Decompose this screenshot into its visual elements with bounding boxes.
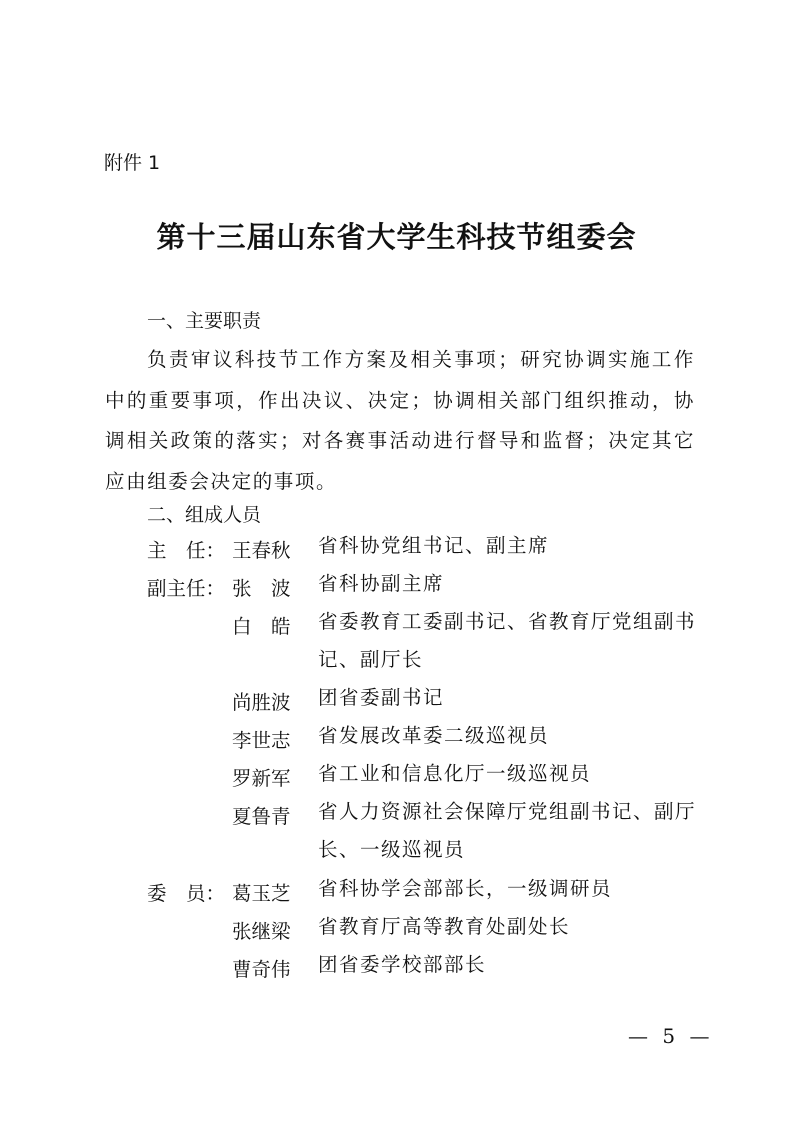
member-name: 张继梁 — [232, 916, 302, 944]
member-title: 省委教育工委副书记、省教育厅党组副书记、副厅长 — [318, 603, 698, 679]
member-name: 白 皓 — [232, 611, 302, 639]
member-row: 副主任： 张 波 省科协副主席 — [0, 573, 793, 603]
member-row: 尚胜波 团省委副书记 — [0, 687, 793, 717]
member-role: 主 任： — [147, 535, 237, 563]
member-title: 团省委学校部部长 — [318, 946, 698, 984]
member-title: 省工业和信息化厅一级巡视员 — [318, 755, 698, 793]
member-title: 省科协学会部部长，一级调研员 — [318, 870, 698, 908]
member-title: 省人力资源社会保障厅党组副书记、副厅长、一级巡视员 — [318, 793, 698, 869]
member-name: 王春秋 — [232, 535, 302, 563]
member-role: 副主任： — [147, 573, 237, 601]
page-number: — 5 — — [628, 1024, 713, 1048]
member-name: 李世志 — [232, 725, 302, 753]
member-row: 夏鲁青 省人力资源社会保障厅党组副书记、副厅长、一级巡视员 — [0, 801, 793, 831]
member-row: 主 任： 王春秋 省科协党组书记、副主席 — [0, 535, 793, 565]
member-row: 李世志 省发展改革委二级巡视员 — [0, 725, 793, 755]
member-title: 省教育厅高等教育处副处长 — [318, 908, 698, 946]
section-heading-members: 二、组成人员 — [147, 500, 261, 527]
member-name: 夏鲁青 — [232, 801, 302, 829]
section-heading-duties: 一、主要职责 — [147, 306, 261, 333]
member-name: 尚胜波 — [232, 687, 302, 715]
member-title: 省科协副主席 — [318, 565, 698, 603]
member-name: 罗新军 — [232, 763, 302, 791]
member-row: 曹奇伟 团省委学校部部长 — [0, 954, 793, 984]
member-row: 白 皓 省委教育工委副书记、省教育厅党组副书记、副厅长 — [0, 611, 793, 641]
member-title: 省科协党组书记、副主席 — [318, 527, 698, 565]
member-name: 葛玉芝 — [232, 878, 302, 906]
member-row: 张继梁 省教育厅高等教育处副处长 — [0, 916, 793, 946]
member-title: 团省委副书记 — [318, 679, 698, 717]
document-title: 第十三届山东省大学生科技节组委会 — [0, 215, 793, 256]
duties-paragraph: 负责审议科技节工作方案及相关事项；研究协调实施工作中的重要事项，作出决议、决定；… — [105, 340, 695, 502]
attachment-label: 附件 1 — [104, 148, 160, 175]
member-row: 委 员： 葛玉芝 省科协学会部部长，一级调研员 — [0, 878, 793, 908]
member-role: 委 员： — [147, 878, 237, 906]
member-name: 张 波 — [232, 573, 302, 601]
member-row: 罗新军 省工业和信息化厅一级巡视员 — [0, 763, 793, 793]
member-name: 曹奇伟 — [232, 954, 302, 982]
member-title: 省发展改革委二级巡视员 — [318, 717, 698, 755]
